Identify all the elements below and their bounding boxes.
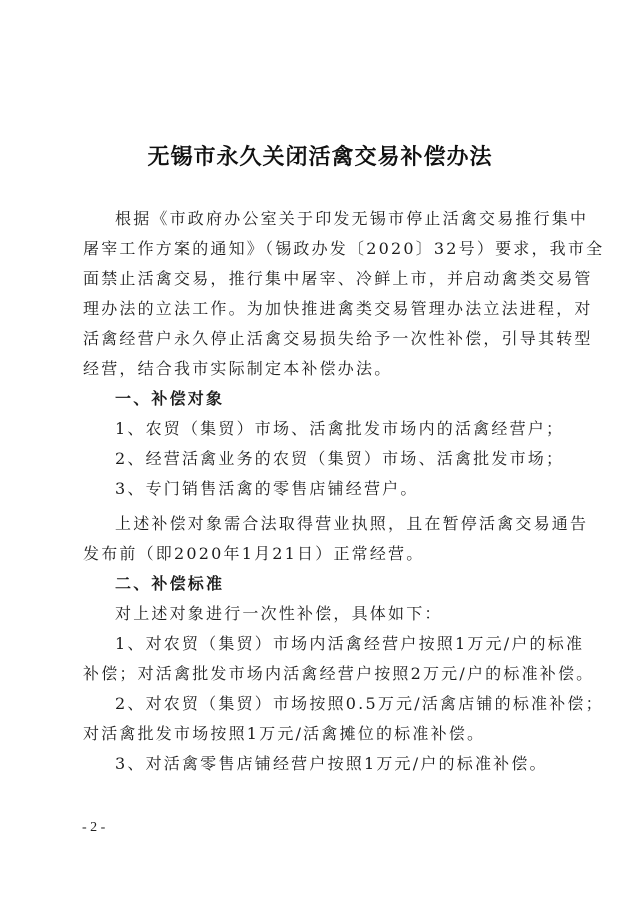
paragraph-line: 理办法的立法工作。为加快推进禽类交易管理办法立法进程，对 (83, 296, 563, 319)
paragraph-line: 面禁止活禽交易，推行集中屠宰、冷鲜上市，并启动禽类交易管 (83, 266, 563, 289)
list-item: 3、专门销售活禽的零售店铺经营户。 (115, 476, 595, 499)
paragraph-line: 经营，结合我市实际制定本补偿办法。 (83, 356, 563, 379)
paragraph-line: 根据《市政府办公室关于印发无锡市停止活禽交易推行集中 (115, 206, 595, 229)
list-item: 2、对农贸（集贸）市场按照0.5万元/活禽店铺的标准补偿； (115, 691, 595, 714)
section-heading-1: 一、补偿对象 (115, 386, 595, 409)
paragraph-line: 发布前（即2020年1月21日）正常经营。 (83, 541, 563, 564)
page-number: - 2 - (82, 820, 105, 836)
list-item: 1、农贸（集贸）市场、活禽批发市场内的活禽经营户； (115, 416, 595, 439)
list-item: 2、经营活禽业务的农贸（集贸）市场、活禽批发市场； (115, 446, 595, 469)
paragraph-line: 屠宰工作方案的通知》（锡政办发〔2020〕32号）要求，我市全 (83, 236, 563, 259)
paragraph-line: 上述补偿对象需合法取得营业执照，且在暂停活禽交易通告 (115, 511, 595, 534)
section-heading-2: 二、补偿标准 (115, 571, 595, 594)
paragraph-line: 对活禽批发市场按照1万元/活禽摊位的标准补偿。 (83, 721, 563, 744)
paragraph-line: 活禽经营户永久停止活禽交易损失给予一次性补偿，引导其转型 (83, 326, 563, 349)
list-item: 1、对农贸（集贸）市场内活禽经营户按照1万元/户的标准 (115, 631, 595, 654)
paragraph-line: 补偿；对活禽批发市场内活禽经营户按照2万元/户的标准补偿。 (83, 661, 563, 684)
list-item: 3、对活禽零售店铺经营户按照1万元/户的标准补偿。 (115, 751, 595, 774)
paragraph-line: 对上述对象进行一次性补偿，具体如下： (115, 601, 595, 624)
document-page: 无锡市永久关闭活禽交易补偿办法 根据《市政府办公室关于印发无锡市停止活禽交易推行… (0, 0, 640, 906)
document-title: 无锡市永久关闭活禽交易补偿办法 (0, 140, 640, 171)
